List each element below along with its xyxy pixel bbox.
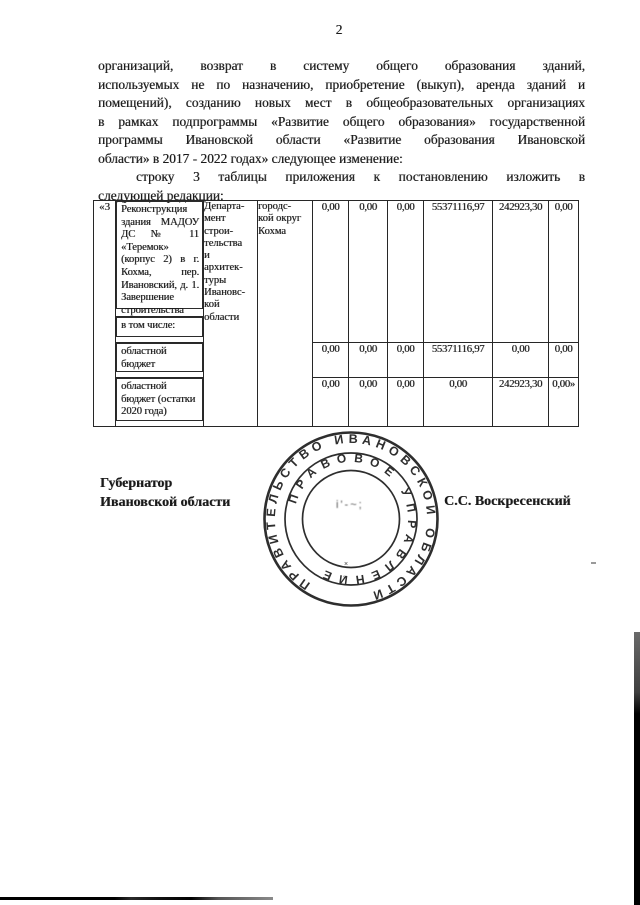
description-cell: Реконструкция здания МАДОУ ДС № 11 «Тере… — [116, 201, 204, 317]
svg-text:i'-~;: i'-~; — [336, 499, 364, 511]
budget-2020-cell: областной бюджет (остатки 2020 года) — [116, 378, 204, 427]
municipality-cell: городс- кой округ Кохма — [258, 201, 313, 427]
stamp-inner-circle — [303, 471, 400, 568]
budget-cell: областной бюджет — [116, 343, 204, 378]
scan-artifact-right-edge — [634, 632, 640, 905]
scan-artifact-bottom-line — [0, 897, 273, 900]
signer-title-line2: Ивановской области — [100, 493, 230, 512]
paragraph-line: программы Ивановской области «Развитие о… — [98, 131, 585, 150]
including-label: в том числе: — [116, 317, 203, 337]
scan-artifact-speck — [591, 562, 596, 564]
value-cell: 0,00 — [349, 201, 388, 343]
value-cell: 0,00 — [313, 343, 349, 378]
including-cell: в том числе: — [116, 317, 204, 343]
budget-label: областной бюджет — [116, 343, 203, 372]
body-paragraphs: организаций, возврат в систему общего об… — [98, 57, 585, 205]
value-cell: 242923,30 — [493, 201, 549, 343]
value-cell: 0,00» — [549, 378, 579, 427]
value-cell: 0,00 — [493, 343, 549, 378]
paragraph-line: используемых не по назначению, приобрете… — [98, 76, 585, 95]
value-cell: 0,00 — [349, 343, 388, 378]
paragraph-line: строку 3 таблицы приложения к постановле… — [98, 168, 585, 187]
department-cell: Департа- мент строи- тельства и архитек-… — [204, 201, 258, 427]
paragraph-line: помещений), созданию новых мест в общеоб… — [98, 94, 585, 113]
value-cell: 55371116,97 — [424, 343, 493, 378]
paragraph-line: организаций, возврат в систему общего об… — [98, 57, 585, 76]
value-cell: 0,00 — [388, 343, 424, 378]
description-text: Реконструкция здания МАДОУ ДС № 11 «Тере… — [116, 201, 203, 309]
value-cell: 0,00 — [313, 201, 349, 343]
value-cell: 0,00 — [549, 343, 579, 378]
svg-text:×: × — [344, 561, 348, 568]
legal-department-stamp: ПРАВИТЕЛЬСТВО ИВАНОВСКОЙ ОБЛАСТИ ПРАВОВО… — [251, 419, 451, 619]
row-number-cell: «3 — [94, 201, 116, 427]
paragraph-line: в рамках подпрограммы «Развитие общего о… — [98, 113, 585, 132]
value-cell: 0,00 — [388, 201, 424, 343]
value-cell: 55371116,97 — [424, 201, 493, 343]
signer-title: Губернатор Ивановской области — [100, 474, 230, 512]
stamp-center-marks: i'-~; — [336, 499, 364, 511]
budget-2020-label: областной бюджет (остатки 2020 года) — [116, 378, 203, 421]
paragraph-line: области» в 2017 - 2022 годах» следующее … — [98, 150, 585, 169]
table-row-budget: областной бюджет 0,00 0,00 0,00 55371116… — [94, 343, 579, 378]
value-cell: 242923,30 — [493, 378, 549, 427]
amendment-table: «3 Реконструкция здания МАДОУ ДС № 11 «Т… — [93, 200, 579, 427]
signer-name: С.С. Воскресенский — [444, 492, 571, 511]
value-cell: 0,00 — [549, 201, 579, 343]
scanned-document-page: 2 организаций, возврат в систему общего … — [0, 0, 640, 905]
stamp-middle-circle — [285, 453, 417, 585]
page-number: 2 — [93, 22, 585, 38]
table-row-main: «3 Реконструкция здания МАДОУ ДС № 11 «Т… — [94, 201, 579, 317]
signer-title-line1: Губернатор — [100, 474, 230, 493]
